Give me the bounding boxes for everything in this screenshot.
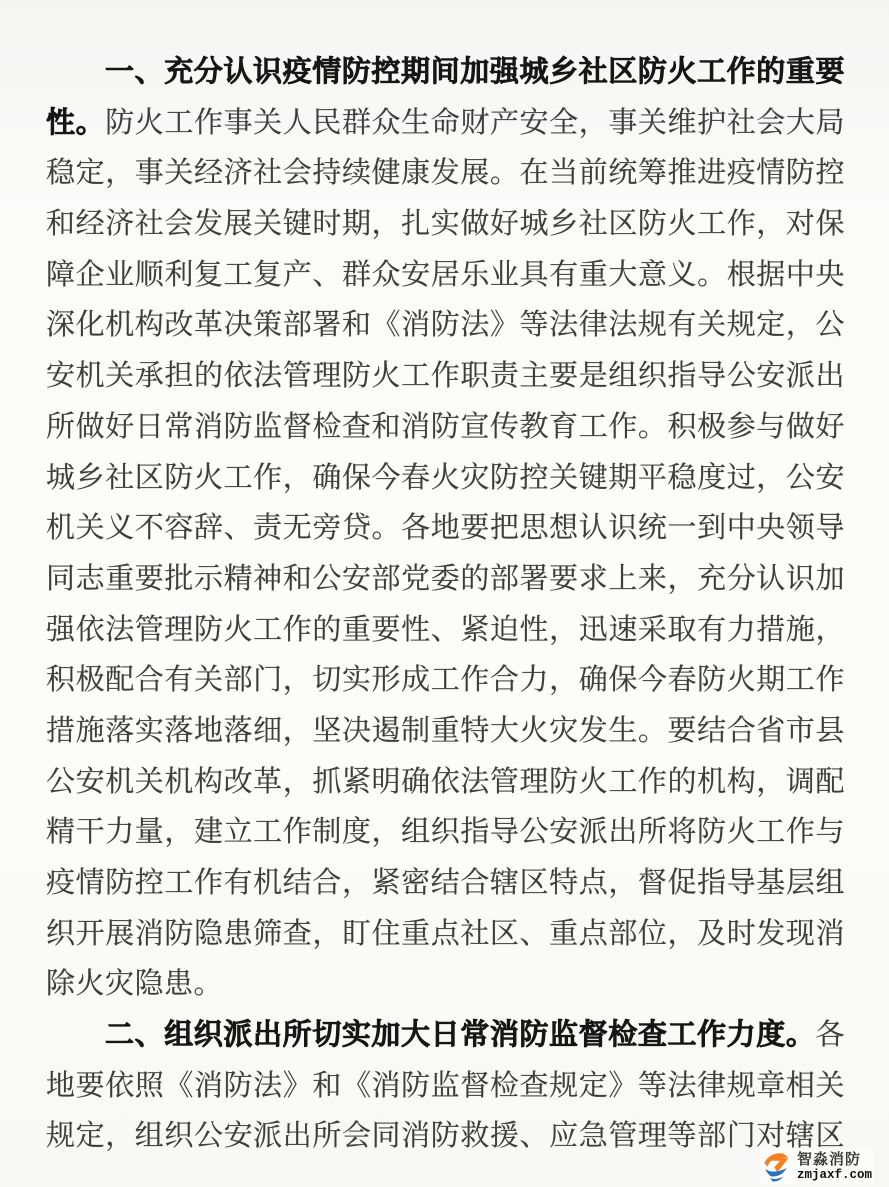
text-line: 积极配合有关部门，切实形成工作合力，确保今春防火期工作 xyxy=(46,655,845,706)
text-line: 强依法管理防火工作的重要性、紧迫性，迅速采取有力措施， xyxy=(46,605,845,656)
document-body: 一、充分认识疫情防控期间加强城乡社区防火工作的重要 性。防火工作事关人民群众生命… xyxy=(46,47,845,1162)
watermark-brand: 智淼消防 xyxy=(797,1152,872,1167)
text-line: 公安机关机构改革，抓紧明确依法管理防火工作的机构，调配 xyxy=(46,757,845,808)
text-line: 城乡社区防火工作，确保今春火灾防控关键期平稳度过，公安 xyxy=(46,453,845,504)
body-text: 深化机构改革决策部署和《消防法》等法律法规有关规定，公 xyxy=(46,309,845,341)
heading-text: 二、组织派出所切实加大日常消防监督检查工作力度。 xyxy=(105,1019,815,1051)
heading-text: 性。 xyxy=(46,107,105,139)
body-text: 和经济社会发展关键时期，扎实做好城乡社区防火工作，对保 xyxy=(46,208,845,240)
text-line: 除火灾隐患。 xyxy=(46,959,845,1010)
text-line: 所做好日常消防监督检查和消防宣传教育工作。积极参与做好 xyxy=(46,402,845,453)
body-text: 城乡社区防火工作，确保今春火灾防控关键期平稳度过，公安 xyxy=(46,462,845,494)
document-page: 一、充分认识疫情防控期间加强城乡社区防火工作的重要 性。防火工作事关人民群众生命… xyxy=(0,0,889,1187)
watermark-url: zmjaxf.com xyxy=(797,1169,872,1182)
watermark-text: 智淼消防 zmjaxf.com xyxy=(797,1152,872,1182)
text-line: 规定，组织公安派出所会同消防救援、应急管理等部门对辖区 xyxy=(46,1111,845,1162)
text-line: 障企业顺利复工复产、群众安居乐业具有重大意义。根据中央 xyxy=(46,250,845,301)
text-line: 性。防火工作事关人民群众生命财产安全，事关维护社会大局 xyxy=(46,98,845,149)
body-text: 稳定，事关经济社会持续健康发展。在当前统筹推进疫情防控 xyxy=(46,157,845,189)
body-text: 安机关承担的依法管理防火工作职责主要是组织指导公安派出 xyxy=(46,360,845,392)
body-text: 措施落实落地落细，坚决遏制重特大火灾发生。要结合省市县 xyxy=(46,715,845,747)
body-text: 公安机关机构改革，抓紧明确依法管理防火工作的机构，调配 xyxy=(46,766,845,798)
body-text: 防火工作事关人民群众生命财产安全，事关维护社会大局 xyxy=(105,107,845,139)
body-text: 强依法管理防火工作的重要性、紧迫性，迅速采取有力措施， xyxy=(46,614,845,646)
body-text: 同志重要批示精神和公安部党委的部署要求上来，充分认识加 xyxy=(46,563,845,595)
text-line: 机关义不容辞、责无旁贷。各地要把思想认识统一到中央领导 xyxy=(46,503,845,554)
body-text: 所做好日常消防监督检查和消防宣传教育工作。积极参与做好 xyxy=(46,411,845,443)
body-text: 各 xyxy=(815,1019,845,1051)
body-text: 精干力量，建立工作制度，组织指导公安派出所将防火工作与 xyxy=(46,816,845,848)
text-line: 同志重要批示精神和公安部党委的部署要求上来，充分认识加 xyxy=(46,554,845,605)
body-text: 机关义不容辞、责无旁贷。各地要把思想认识统一到中央领导 xyxy=(46,512,845,544)
body-text: 积极配合有关部门，切实形成工作合力，确保今春防火期工作 xyxy=(46,664,845,696)
watermark: 智淼消防 zmjaxf.com xyxy=(759,1149,874,1184)
body-text: 规定，组织公安派出所会同消防救援、应急管理等部门对辖区 xyxy=(46,1120,845,1152)
text-line: 疫情防控工作有机结合，紧密结合辖区特点，督促指导基层组 xyxy=(46,858,845,909)
text-line: 深化机构改革决策部署和《消防法》等法律法规有关规定，公 xyxy=(46,300,845,351)
heading-text: 一、充分认识疫情防控期间加强城乡社区防火工作的重要 xyxy=(105,56,845,88)
body-text: 除火灾隐患。 xyxy=(46,968,223,1000)
text-line: 安机关承担的依法管理防火工作职责主要是组织指导公安派出 xyxy=(46,351,845,402)
brand-logo-icon xyxy=(761,1150,794,1183)
text-line: 和经济社会发展关键时期，扎实做好城乡社区防火工作，对保 xyxy=(46,199,845,250)
body-text: 织开展消防隐患筛查，盯住重点社区、重点部位，及时发现消 xyxy=(46,918,845,950)
text-line: 一、充分认识疫情防控期间加强城乡社区防火工作的重要 xyxy=(46,47,845,98)
text-line: 精干力量，建立工作制度，组织指导公安派出所将防火工作与 xyxy=(46,807,845,858)
text-line: 二、组织派出所切实加大日常消防监督检查工作力度。各 xyxy=(46,1010,845,1061)
text-line: 措施落实落地落细，坚决遏制重特大火灾发生。要结合省市县 xyxy=(46,706,845,757)
text-line: 地要依照《消防法》和《消防监督检查规定》等法律规章相关 xyxy=(46,1061,845,1112)
text-line: 织开展消防隐患筛查，盯住重点社区、重点部位，及时发现消 xyxy=(46,909,845,960)
text-line: 稳定，事关经济社会持续健康发展。在当前统筹推进疫情防控 xyxy=(46,148,845,199)
body-text: 障企业顺利复工复产、群众安居乐业具有重大意义。根据中央 xyxy=(46,259,845,291)
body-text: 地要依照《消防法》和《消防监督检查规定》等法律规章相关 xyxy=(46,1070,845,1102)
body-text: 疫情防控工作有机结合，紧密结合辖区特点，督促指导基层组 xyxy=(46,867,845,899)
